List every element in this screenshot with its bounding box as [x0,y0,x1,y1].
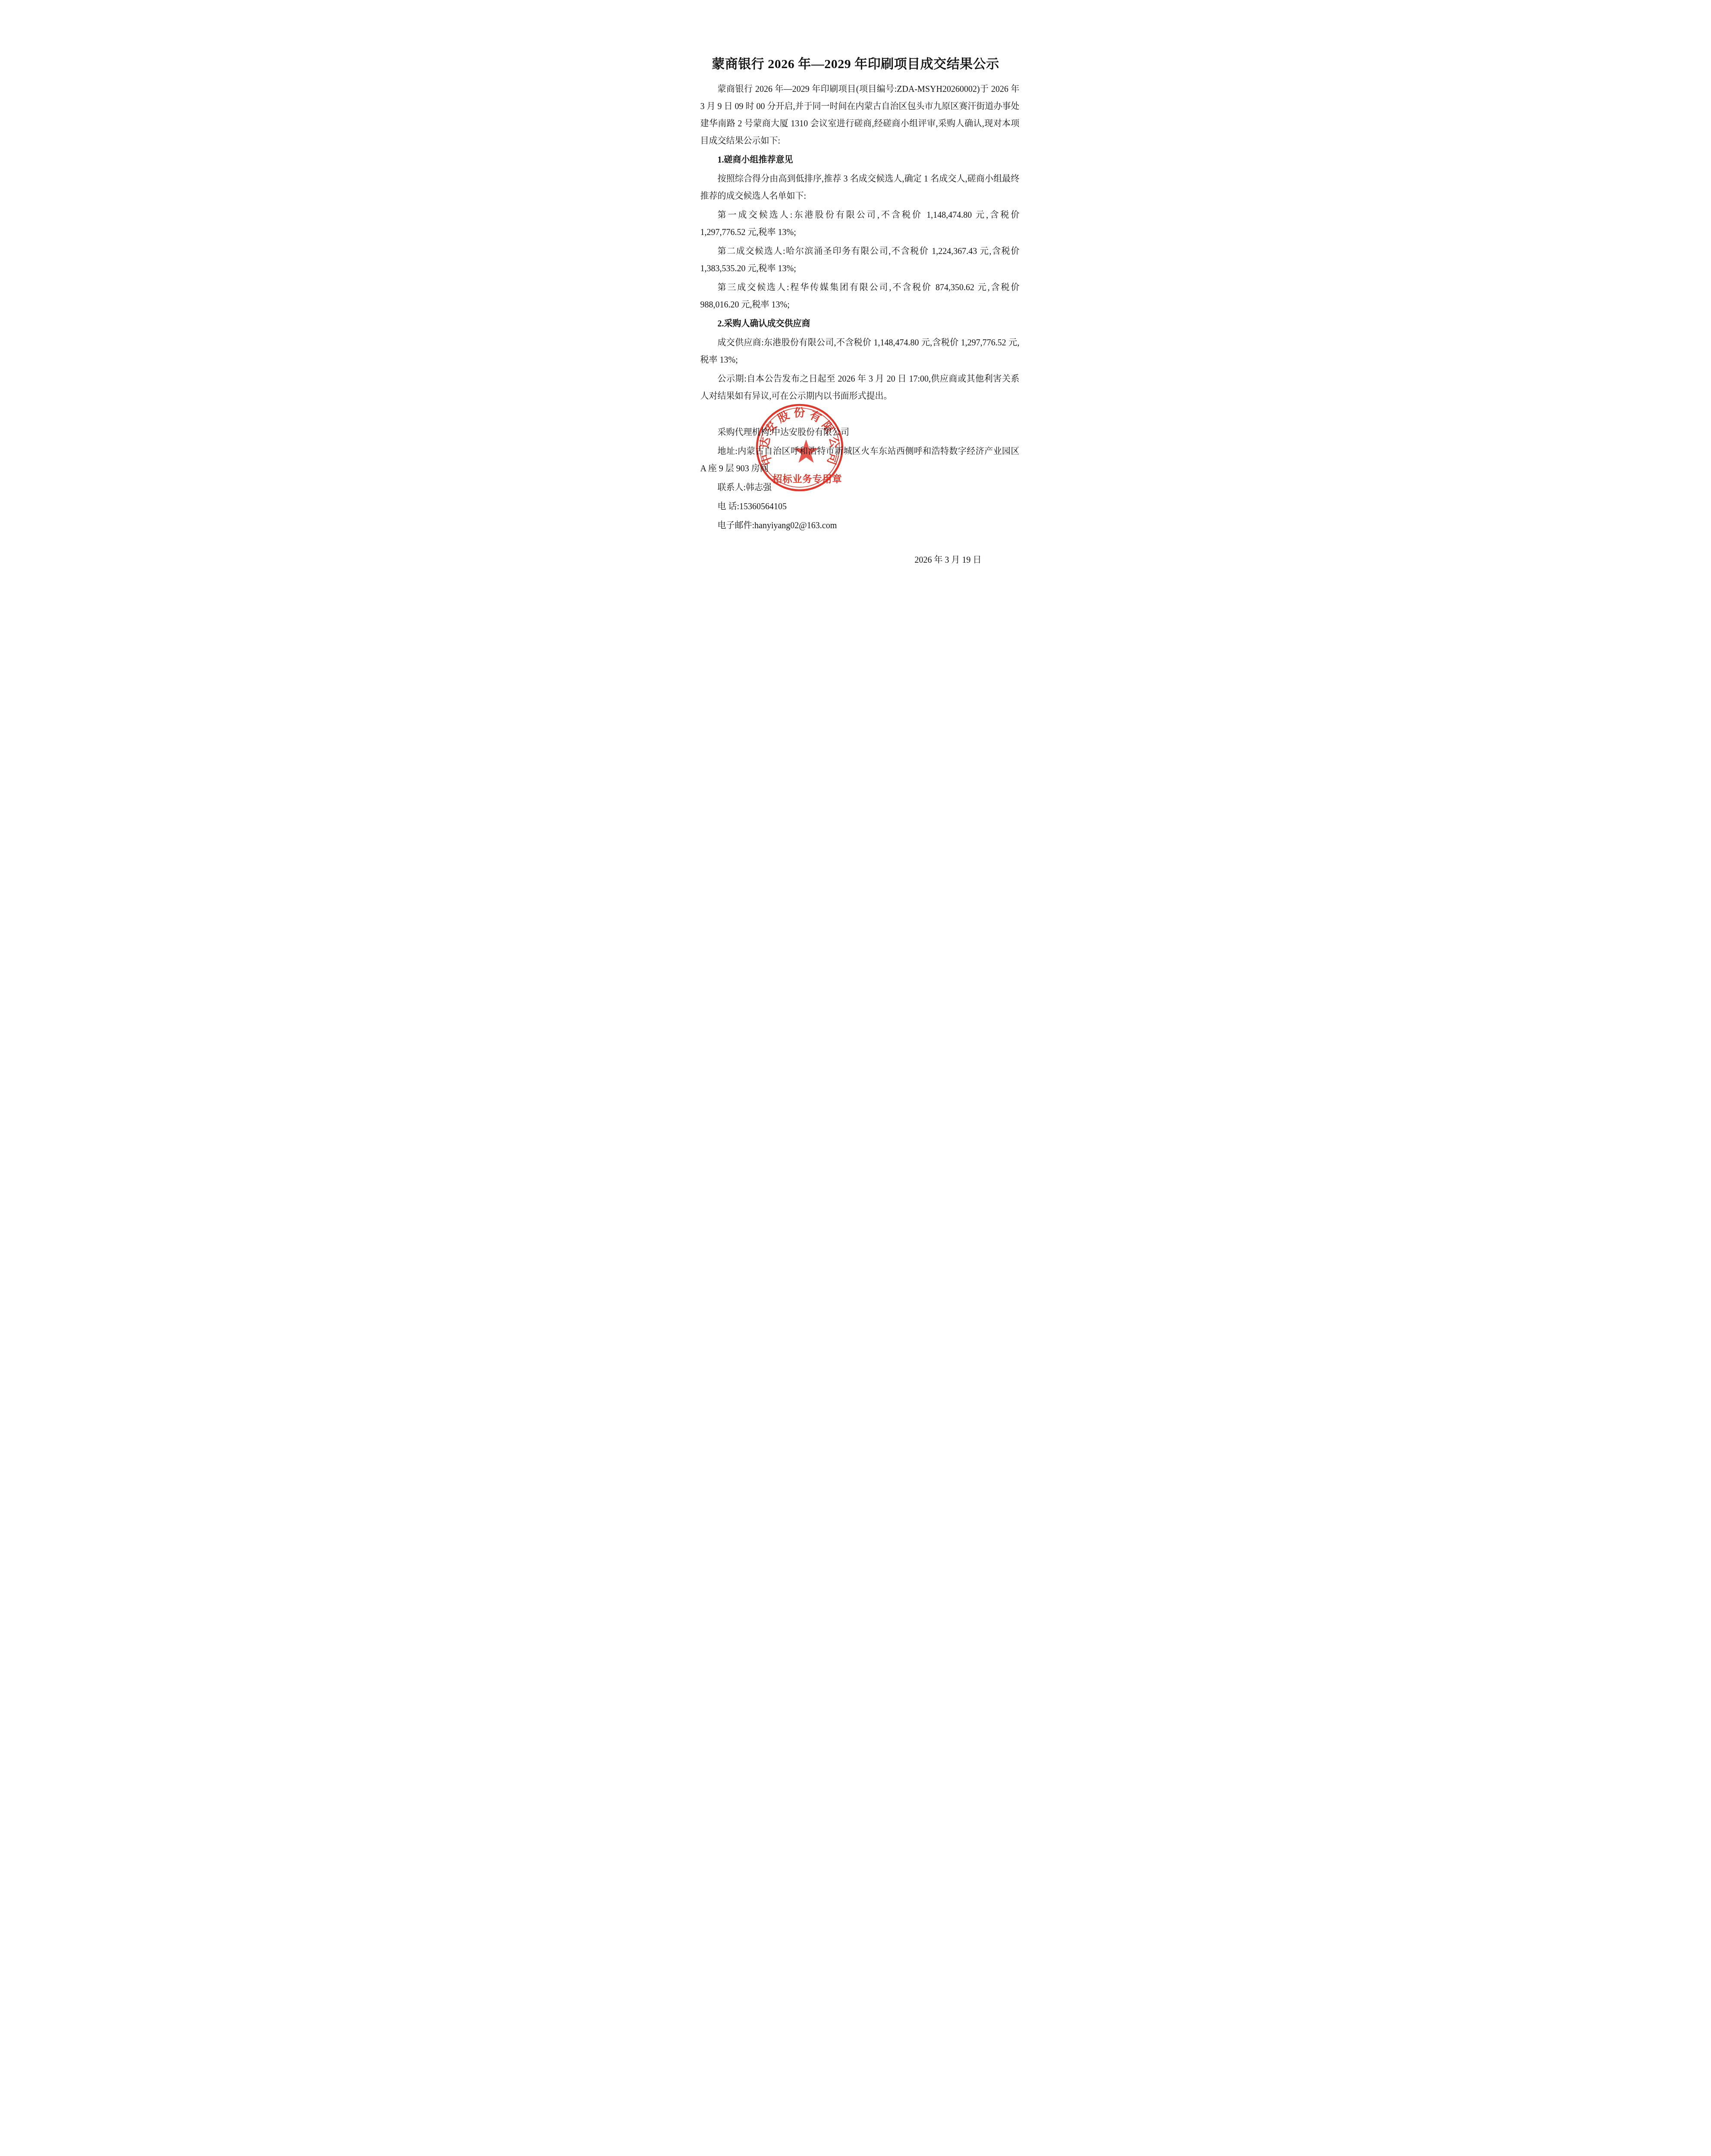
candidate-3-paragraph: 第三成交候选人:程华传媒集团有限公司,不含税价 874,350.62 元,含税价… [700,279,1020,313]
page-title: 蒙商银行 2026 年—2029 年印刷项目成交结果公示 [618,55,1093,73]
candidate-1-paragraph: 第一成交候选人:东港股份有限公司,不含税价 1,148,474.80 元,含税价… [700,207,1020,241]
email-line: 电子邮件:hanyiyang02@163.com [700,517,1020,534]
intro-paragraph: 蒙商银行 2026 年—2029 年印刷项目(项目编号:ZDA-MSYH2026… [700,81,1020,150]
document-body: 蒙商银行 2026 年—2029 年印刷项目(项目编号:ZDA-MSYH2026… [700,81,1020,569]
address-line: 地址:内蒙古自治区呼和浩特市新城区火车东站西侧呼和浩特数字经济产业园区 A 座 … [700,443,1020,477]
contact-person-line: 联系人:韩志强 [700,479,1020,496]
candidate-2-paragraph: 第二成交候选人:哈尔滨涌圣印务有限公司,不含税价 1,224,367.43 元,… [700,243,1020,277]
agency-line: 采购代理机构:中达安股份有限公司 [700,424,1020,441]
document-page: 蒙商银行 2026 年—2029 年印刷项目成交结果公示 蒙商银行 2026 年… [618,0,1093,671]
winning-supplier-paragraph: 成交供应商:东港股份有限公司,不含税价 1,148,474.80 元,含税价 1… [700,334,1020,369]
section-1-heading: 1.磋商小组推荐意见 [700,151,1020,169]
recommendation-paragraph: 按照综合得分由高到低排序,推荐 3 名成交候选人,确定 1 名成交人,磋商小组最… [700,170,1020,205]
publicity-period-paragraph: 公示期:自本公告发布之日起至 2026 年 3 月 20 日 17:00,供应商… [700,370,1020,405]
document-date: 2026 年 3 月 19 日 [700,552,1020,569]
section-2-heading: 2.采购人确认成交供应商 [700,315,1020,332]
phone-line: 电 话:15360564105 [700,498,1020,515]
